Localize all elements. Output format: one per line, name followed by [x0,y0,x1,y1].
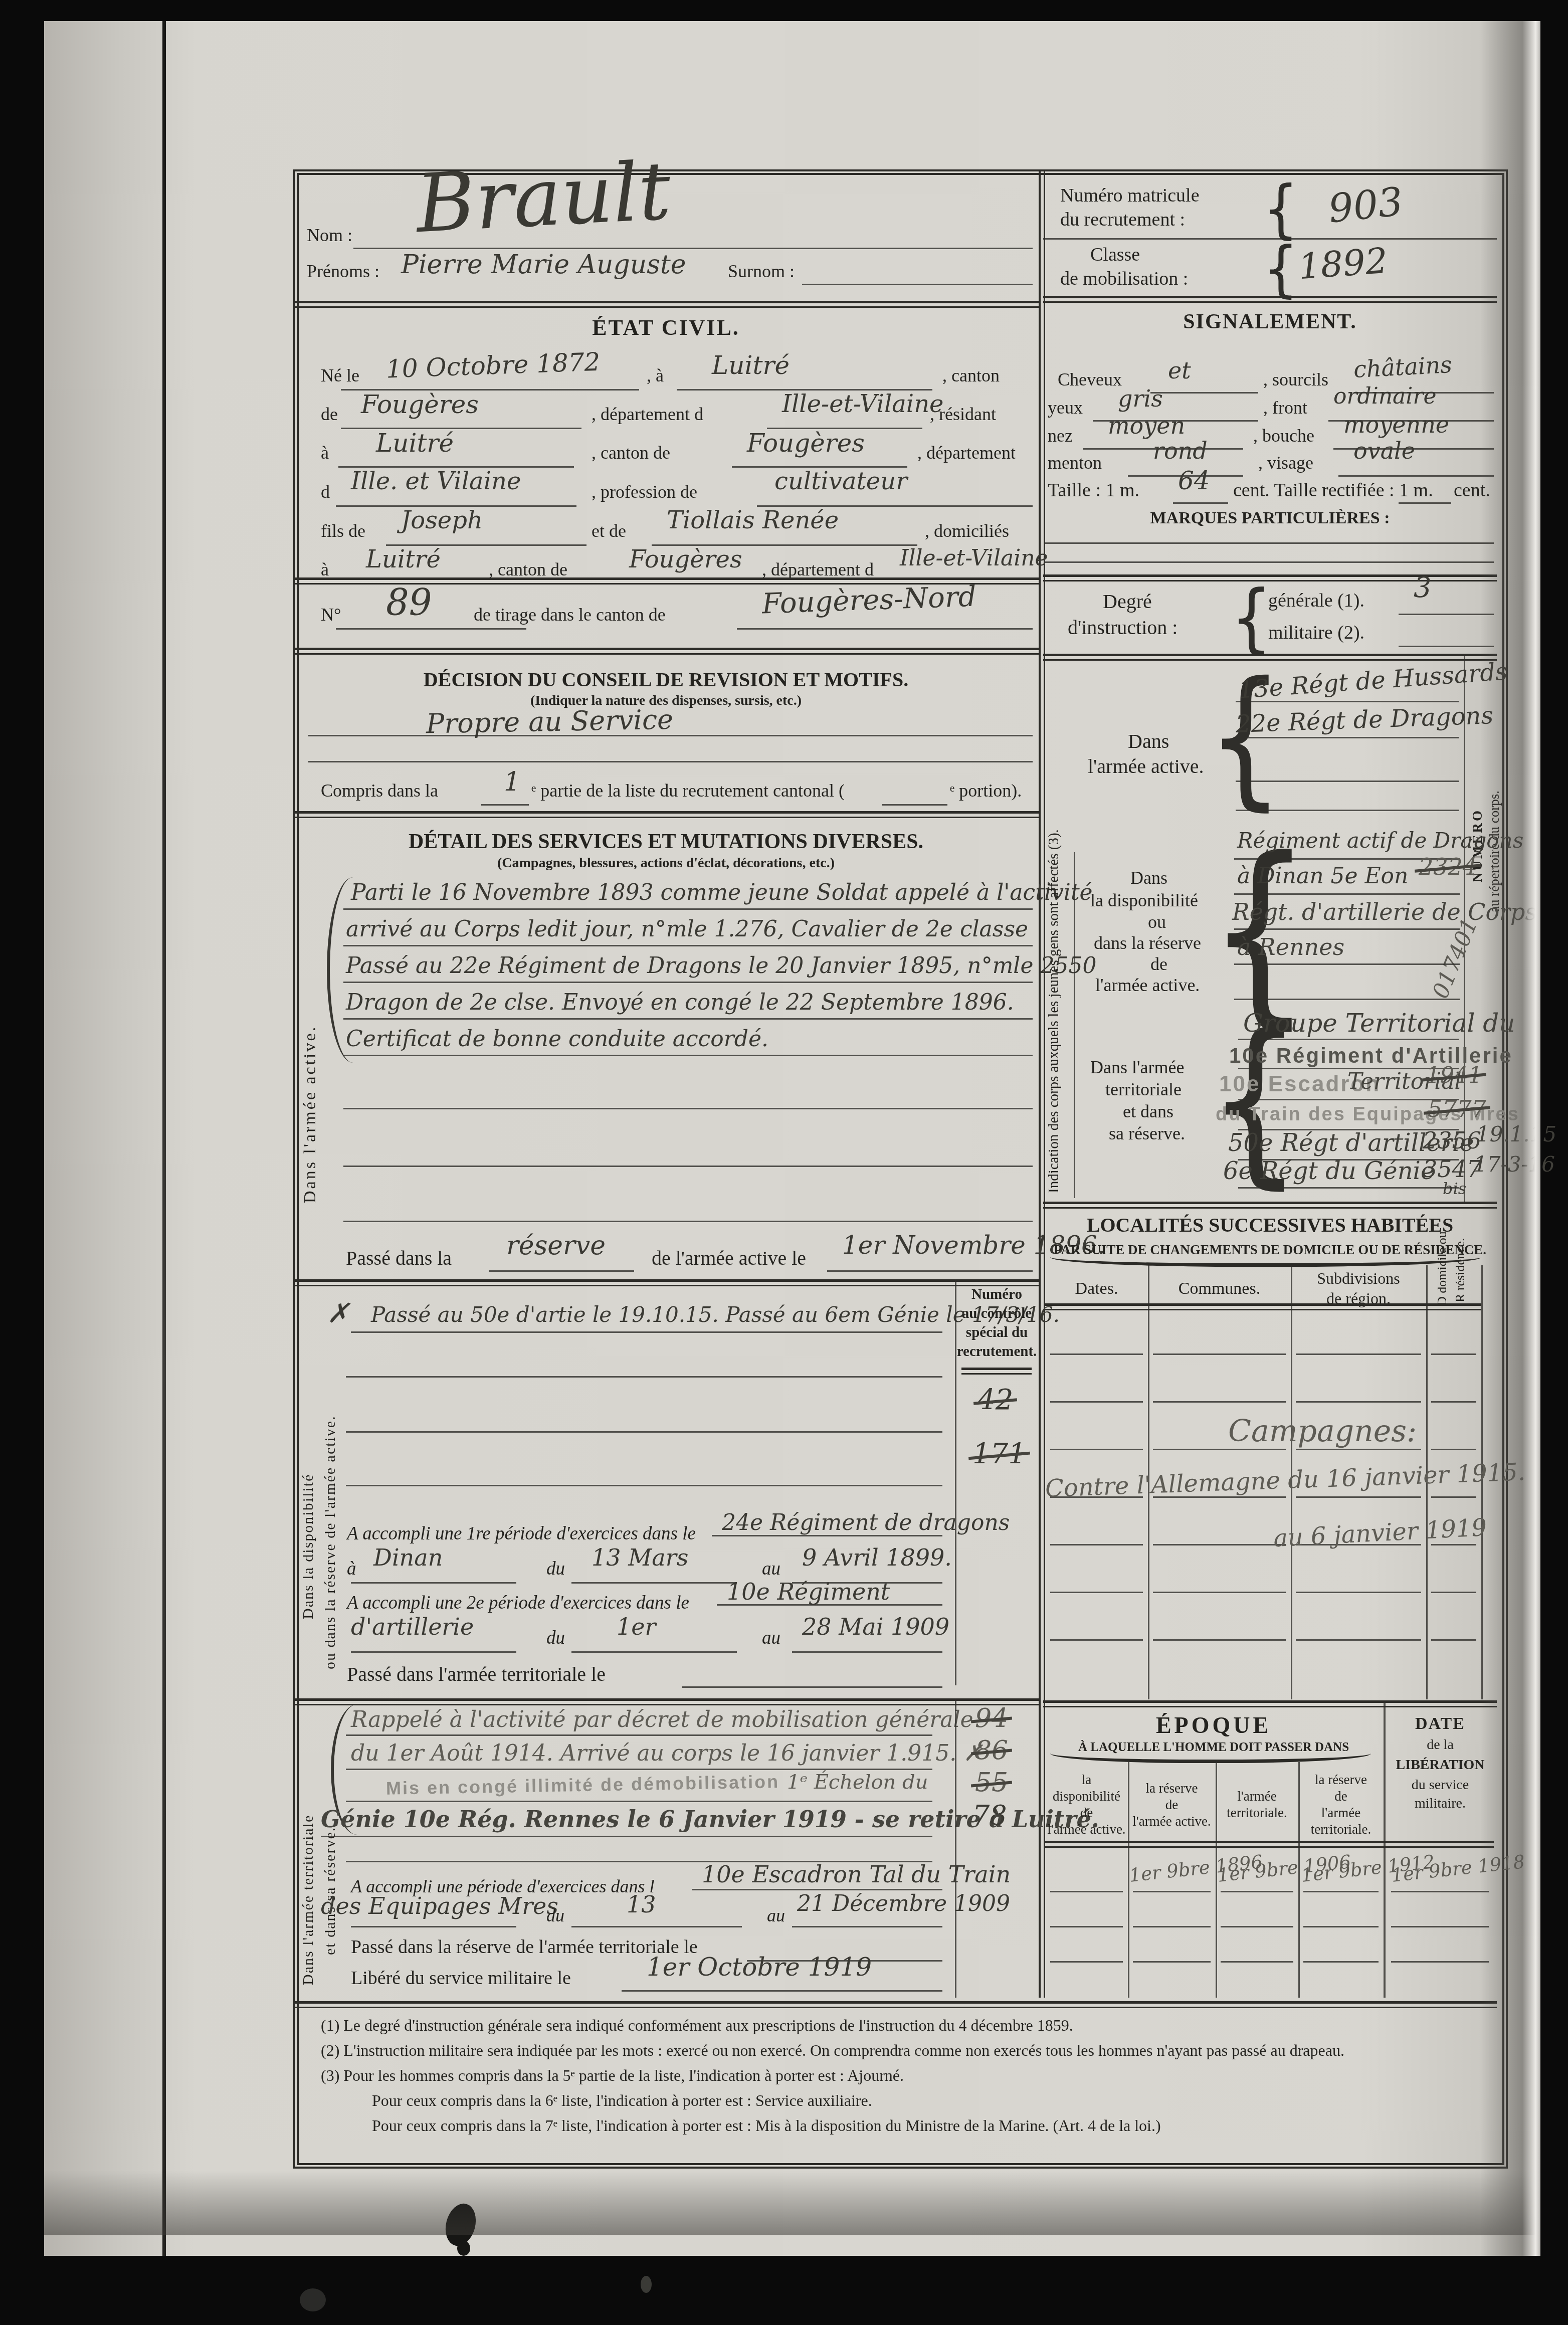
rule [717,1604,942,1606]
yeux-value: gris [1118,385,1163,412]
rule [692,1889,942,1890]
rule [343,1166,1033,1167]
dom-a-label: à [321,559,329,580]
cheveux-value: et [1168,357,1191,384]
rule [346,1769,932,1770]
classe-brace: { [1263,234,1298,304]
menton-label: menton [1048,452,1102,473]
nez-label: nez [1048,425,1073,446]
domicilies-label: , domiciliés [925,520,1009,541]
rule [1236,737,1459,738]
periode1-au-value: 9 Avril 1899. [802,1544,952,1571]
canton-de-label: , canton de [592,442,670,463]
cheveux-label: Cheveux [1058,369,1122,390]
rule [737,628,1033,630]
terr-num-3-text: 1941 [1426,1063,1482,1088]
epoque-col1-1: la [1045,1772,1128,1788]
footnote-3: (3) Pour les hommes compris dans la 5ᵉ p… [321,2066,904,2085]
rule [882,804,947,806]
territoriale-periode-value2: des Equipages Mres [321,1892,558,1919]
rule [1391,1891,1489,1892]
rule [336,628,526,630]
dom-dept-label: , département d [762,559,874,580]
rule [792,1926,942,1927]
epoque-col4-3: l'armée [1298,1805,1384,1821]
periode2-du-value: 1er [617,1613,656,1640]
rule [1221,1891,1293,1892]
rule [351,1582,516,1584]
departement-value: Ille-et-Vilaine [782,390,944,418]
menton-value: rond [1153,437,1208,464]
rule [1431,1353,1476,1355]
militaire-label: militaire (2). [1268,622,1364,644]
rule [1238,1039,1459,1040]
dispo-value-2: à Dinan 5e Eon [1237,863,1408,889]
rule [827,1270,1033,1272]
decision-title: DÉCISION DU CONSEIL DE REVISION ET MOTIF… [293,668,1039,691]
col-dr-2: R résidence. [1453,1238,1468,1302]
x-mark: ✗ [327,1297,349,1329]
reserve-vertical-1: Dans la disponibilité [300,1474,317,1619]
rule [489,1270,634,1272]
margin-num-2: 86 [975,1735,1008,1766]
pere-value: Joseph [401,506,483,534]
rule [1303,1961,1379,1963]
epoque-line-4 [1384,1700,1386,1998]
services-vertical-label: Dans l'armée active. [301,1025,320,1203]
nom-value: Brault [414,144,673,251]
rule [1050,1961,1123,1963]
ink-blob [641,2276,652,2293]
periode1-du-value: 13 Mars [592,1544,688,1571]
rule [1050,1891,1123,1892]
margin-num-1-text: 94 [975,1703,1008,1733]
rule [1236,701,1459,702]
generale-label: générale (1). [1268,590,1364,612]
periode2-value: 10e Régiment [727,1578,890,1605]
canton-de-value: Fougères [747,429,865,458]
col-dates: Dates. [1045,1279,1148,1298]
terr-value-6: 6e Régt du Génie [1223,1157,1435,1185]
periode1-lieu: Dinan [373,1544,443,1571]
ink-blob [457,2241,470,2256]
tirage-text: de tirage dans le canton de [474,604,666,625]
rule [308,761,1033,762]
corps-vertical-label: Indication des corps auxquels les jeunes… [1046,829,1062,1193]
rule [1296,1353,1421,1355]
heavy-rule [1043,1202,1497,1209]
fils-de-label: fils de [321,520,365,541]
rule [571,1926,742,1927]
rule [1153,1592,1286,1593]
rule [1431,1401,1476,1403]
passe-reserve-terr-label: Passé dans la réserve de l'armée territo… [351,1936,698,1958]
margin-num-1: 94 [975,1703,1008,1733]
epoque-col1-2: disponibilité [1045,1789,1128,1804]
footnote-5: Pour ceux compris dans la 7ᵉ liste, l'in… [372,2116,1161,2135]
col-subdiv-1: Subdivisions [1291,1269,1426,1288]
corps-terr-label-1: Dans l'armée [1090,1057,1184,1078]
epoque-col2-2: de [1128,1797,1216,1813]
rule [321,1836,932,1837]
rule [1050,1353,1143,1355]
territoriale-au: au [767,1905,785,1926]
terr-value-1: Groupe Territorial du [1243,1009,1515,1038]
rule [1303,1891,1379,1892]
corps-active-label-1: Dans [1128,729,1169,753]
epoque-col4-4: territoriale. [1298,1822,1384,1837]
col-dr-1: D domicile ou [1435,1231,1450,1306]
rule [1045,542,1494,544]
departement2-label: , département [917,442,1016,463]
prenoms-label: Prénoms : [307,261,379,282]
rule [308,735,1033,736]
epoque-col4-1: la réserve [1298,1772,1384,1788]
rule [1431,1496,1476,1498]
corps-terr-label-3: et dans [1123,1101,1173,1122]
dispo-label-2: la disponibilité [1090,890,1198,911]
rule [1050,1401,1143,1403]
departement3-value: Ille. et Vilaine [351,467,521,495]
rule [622,1990,942,1992]
rule [1234,928,1460,930]
heavy-rule [293,648,1039,655]
corps-active-label-2: l'armée active. [1088,754,1204,778]
decision-value: Propre au Service [426,704,673,740]
dom-value: Luitré [366,545,441,573]
rule [1431,1449,1476,1450]
rule [1391,1926,1489,1927]
taille-label2: cent. Taille rectifiée : 1 m. [1233,479,1433,501]
rule [1050,1449,1143,1450]
rule [571,1582,737,1584]
rule [1431,1592,1476,1593]
epoque-col2-3: l'armée active. [1128,1814,1216,1829]
localites-title: LOCALITÉS SUCCESSIVES HABITÉES [1043,1213,1497,1237]
rule [346,1376,942,1378]
epoque-header-rule [1045,1841,1494,1848]
degre-label-2: d'instruction : [1068,616,1178,639]
epoque-col4-2: de [1298,1789,1384,1804]
services-title: DÉTAIL DES SERVICES ET MUTATIONS DIVERSE… [293,830,1039,854]
territoriale-au-value: 21 Décembre 1909 [797,1891,1010,1916]
nez-value: moyen [1108,412,1185,439]
front-label: , front [1263,397,1307,418]
tirage-no-value: 89 [386,582,432,624]
rule [1153,1449,1286,1450]
heavy-rule [1043,1700,1497,1707]
rule [351,1926,516,1927]
classe-label2: de mobilisation : [1060,268,1188,290]
reserve-vertical-2: ou dans la réserve de l'armée active. [322,1415,339,1669]
periode1-value: 24e Régiment de dragons [722,1510,1010,1535]
rule [1399,614,1494,615]
passe-reserve-label2: de l'armée active le [652,1246,806,1270]
passe-territoriale-label: Passé dans l'armée territoriale le [347,1662,606,1686]
matricule-value: 903 [1326,179,1405,232]
compris-label: Compris dans la [321,780,438,801]
rule [346,1485,942,1486]
corps-terr-label-2: territoriale [1105,1079,1182,1100]
residant-label: , résidant [930,404,996,425]
footnote-2: (2) L'instruction militaire sera indiqué… [321,2041,1344,2060]
epoque-col3-1: l'armée [1216,1789,1298,1804]
yeux-label: yeux [1048,397,1083,418]
controle-label-3: spécial du [955,1324,1039,1341]
rule [1236,781,1459,782]
dispo-label-6: l'armée active. [1095,975,1200,996]
classe-label: Classe [1090,244,1140,266]
surnom-label: Surnom : [728,261,795,282]
rule [792,1651,942,1653]
rule [346,1801,932,1802]
rule [346,1734,932,1736]
rule [1238,1187,1459,1189]
margin-column-line [955,1698,956,1998]
ne-le-label: Né le [321,365,359,386]
rule [343,982,1033,983]
sourcils-value: châtains [1353,351,1453,383]
rule [1338,475,1494,477]
services-hand-4: Dragon de 2e clse. Envoyé en congé le 22… [346,990,1014,1015]
rule [1153,1353,1286,1355]
rule [351,1331,942,1333]
dom-canton-label: , canton de [489,559,567,580]
territoriale-periode-value: 10e Escadron Tal du Train [702,1861,1011,1888]
services-hand-3: Passé au 22e Régiment de Dragons le 20 J… [346,953,1096,979]
front-value: ordinaire [1333,383,1436,409]
col-communes: Communes. [1148,1279,1291,1298]
rule [1150,392,1258,394]
compris-label3: ᵉ portion). [950,780,1022,801]
periode1-label: A accompli une 1re période d'exercices d… [347,1523,696,1544]
heavy-rule [293,1698,1039,1705]
services-hand-1: Parti le 16 Novembre 1893 comme jeune So… [351,880,1093,905]
controle-num-1: 42 [977,1384,1013,1416]
right-page-curl [1480,21,1540,2256]
dom-canton-value: Fougères [629,545,742,573]
tirage-no-label: N° [321,604,341,625]
periode1-a-label: à [347,1558,356,1580]
territoriale-hand-2: du 1er Août 1914. Arrivé au corps le 16 … [351,1740,982,1766]
localites-subtitle: PAR SUITE DE CHANGEMENTS DE DOMICILE OU … [1043,1242,1497,1258]
profession-label: , profession de [592,481,697,502]
rule [1045,561,1494,563]
departement-label: , département d [592,404,703,425]
rule [712,1535,942,1536]
corps-label-line [1074,852,1075,1198]
margin-num-3-text: 55 [975,1768,1008,1798]
et-de-label: et de [592,520,626,541]
taille-label: Taille : 1 m. [1048,479,1139,501]
services-hand-5: Certificat de bonne conduite accordé. [346,1026,768,1052]
heavy-rule-full [293,2001,1497,2008]
rule [1236,810,1459,811]
rule [343,1055,1033,1056]
nom-label: Nom : [307,225,352,246]
rule [1296,1639,1421,1641]
rule [1296,1592,1421,1593]
degre-label-1: Degré [1103,590,1152,613]
rule [1050,1639,1143,1641]
dispo-label-4: dans la réserve [1094,932,1201,953]
periode1-du: du [546,1558,565,1580]
corps-terr-label-4: sa réserve. [1109,1123,1185,1144]
marques-title: MARQUES PARTICULIÈRES : [1043,509,1497,528]
passe-reserve-value: réserve [506,1231,606,1261]
dispo-label-1: Dans [1130,867,1167,888]
rule [343,1221,1033,1222]
rule [343,908,1033,910]
dispo-label-5: de [1150,953,1167,975]
territoriale-vertical-1: Dans l'armée territoriale [300,1815,317,1985]
rule [1133,1961,1211,1963]
ink-blob [300,2288,326,2311]
rule [343,1018,1033,1020]
rule [1296,1496,1421,1498]
rule [1173,502,1228,504]
profession-value: cultivateur [774,467,907,495]
heavy-rule [293,1279,1039,1286]
taille-value: 64 [1178,466,1210,495]
rule [1153,1639,1286,1641]
terr-num-6-suffix: bis [1443,1179,1466,1198]
rule [1399,646,1494,647]
epoque-col3-2: territoriale. [1216,1805,1298,1821]
dom-dept-value: Ille-et-Vilaine [900,545,1048,571]
periode2-label: A accompli une 2e période d'exercices da… [347,1592,689,1614]
resid-a-label: à [321,442,329,463]
bottom-shadow [44,2171,1540,2235]
signalement-title: SIGNALEMENT. [1043,310,1497,334]
footnote-1: (1) Le degré d'instruction générale sera… [321,2016,1073,2035]
compris-label2: ᵉ partie de la liste du recrutement cant… [531,780,845,801]
terr-num-3: 1941 [1426,1063,1482,1088]
rule [343,945,1033,946]
periode1-au: au [762,1558,780,1580]
matricule-label2: du recrutement : [1060,209,1185,231]
controle-label-4: recrutement. [955,1343,1039,1360]
rule [1234,963,1460,965]
rule [1050,1544,1143,1545]
services-hand-2: arrivé au Corps ledit jour, n°mle 1.276,… [346,916,1028,942]
rule [1133,1926,1211,1927]
echelon-hand: 1ᵉ Échelon du [787,1771,928,1794]
rule [1431,1544,1476,1545]
resid-value: Luitré [376,429,454,458]
dispo-value-4: à Rennes [1237,933,1344,960]
periode2-au: au [762,1627,780,1649]
de-label: de [321,404,338,425]
rule [353,248,1033,249]
territoriale-hand-1: Rappelé à l'activité par décret de mobil… [351,1707,973,1732]
scanned-military-register-page: { "header": { "nom_label": "Nom :", "nom… [0,0,1568,2325]
compris-value: 1 [504,767,520,797]
heavy-rule [293,301,1039,308]
margin-num-3: 55 [975,1768,1008,1798]
classe-value: 1892 [1297,240,1389,287]
rule [1234,893,1460,895]
etat-civil-title: ÉTAT CIVIL. [293,315,1039,340]
rule [1050,1592,1143,1593]
territoriale-vertical-2: et dans sa réserve. [322,1827,339,1955]
page-fold-seam [162,21,166,2256]
rule [1153,1544,1286,1545]
rule [351,1651,516,1653]
rule [1153,1401,1286,1403]
rule [571,1651,737,1653]
rule [481,804,529,806]
visage-value: ovale [1353,437,1415,464]
epoque-line-3 [1298,1762,1300,1998]
campagnes-title: Campagnes: [1228,1414,1417,1449]
controle-label-2: au contrôle [955,1305,1039,1322]
epoque-line-1 [1128,1762,1129,1998]
controle-label-1: Numéro [955,1286,1039,1303]
generale-value: 3 [1414,571,1432,604]
dispo-num-2-text: 2324 [1419,853,1477,880]
rule [1221,1926,1293,1927]
territoriale-du-value: 13 [627,1891,656,1918]
territoriale-du: du [546,1905,564,1926]
epoque-col1-4: l'armée active. [1045,1822,1128,1837]
epoque-line-2 [1216,1762,1217,1998]
rule [1296,1401,1421,1403]
margin-num-2-text: 86 [975,1735,1008,1766]
heavy-rule [961,1368,1032,1375]
terr-num-4: 5777 [1428,1095,1486,1122]
controle-num-2: 171 [972,1438,1026,1470]
rule [1391,1961,1489,1963]
footnote-4: Pour ceux compris dans la 6ᵉ liste, l'in… [372,2091,872,2110]
heavy-rule [293,811,1039,818]
mere-value: Tiollais Renée [667,506,839,534]
visage-label: , visage [1258,452,1313,473]
rule [1399,502,1451,504]
libere-label: Libéré du service militaire le [351,1967,571,1989]
sourcils-label: , sourcils [1263,369,1328,390]
degre-brace: { [1231,574,1272,662]
services-subtitle: (Campagnes, blessures, actions d'éclat, … [293,855,1039,871]
rule [1221,1961,1293,1963]
epoque-col1-3: de [1045,1805,1128,1821]
margin-num-4: 78 [972,1800,1007,1831]
prenoms-value: Pierre Marie Auguste [401,250,686,280]
rule [1050,1926,1123,1927]
controle-num-2-text: 171 [972,1438,1026,1470]
rule [1238,1099,1459,1100]
rule [1296,1449,1421,1450]
localites-header-rule [1045,1303,1481,1310]
dispo-num-2: 2324 [1419,853,1477,880]
libere-value: 1er Octobre 1919 [647,1953,872,1982]
terr-num-4-text: 5777 [1428,1095,1486,1122]
periode2-au-value: 28 Mai 1909 [802,1613,949,1640]
controle-num-1-text: 42 [977,1384,1013,1416]
a-label: , à [647,365,664,386]
rule [1303,1926,1379,1927]
canton-label: , canton [942,365,1000,386]
matricule-label: Numéro matricule [1060,184,1200,207]
rule [1133,1891,1211,1892]
bouche-label: , bouche [1253,425,1314,446]
periode2-arme: d'artillerie [351,1613,474,1640]
rule [343,1108,1033,1109]
bouche-value: moyenne [1343,411,1449,438]
epoque-title: ÉPOQUE [1043,1712,1384,1738]
epoque-subtitle: À LAQUELLE L'HOMME DOIT PASSER DANS [1043,1740,1384,1755]
d-label: d [321,481,330,502]
